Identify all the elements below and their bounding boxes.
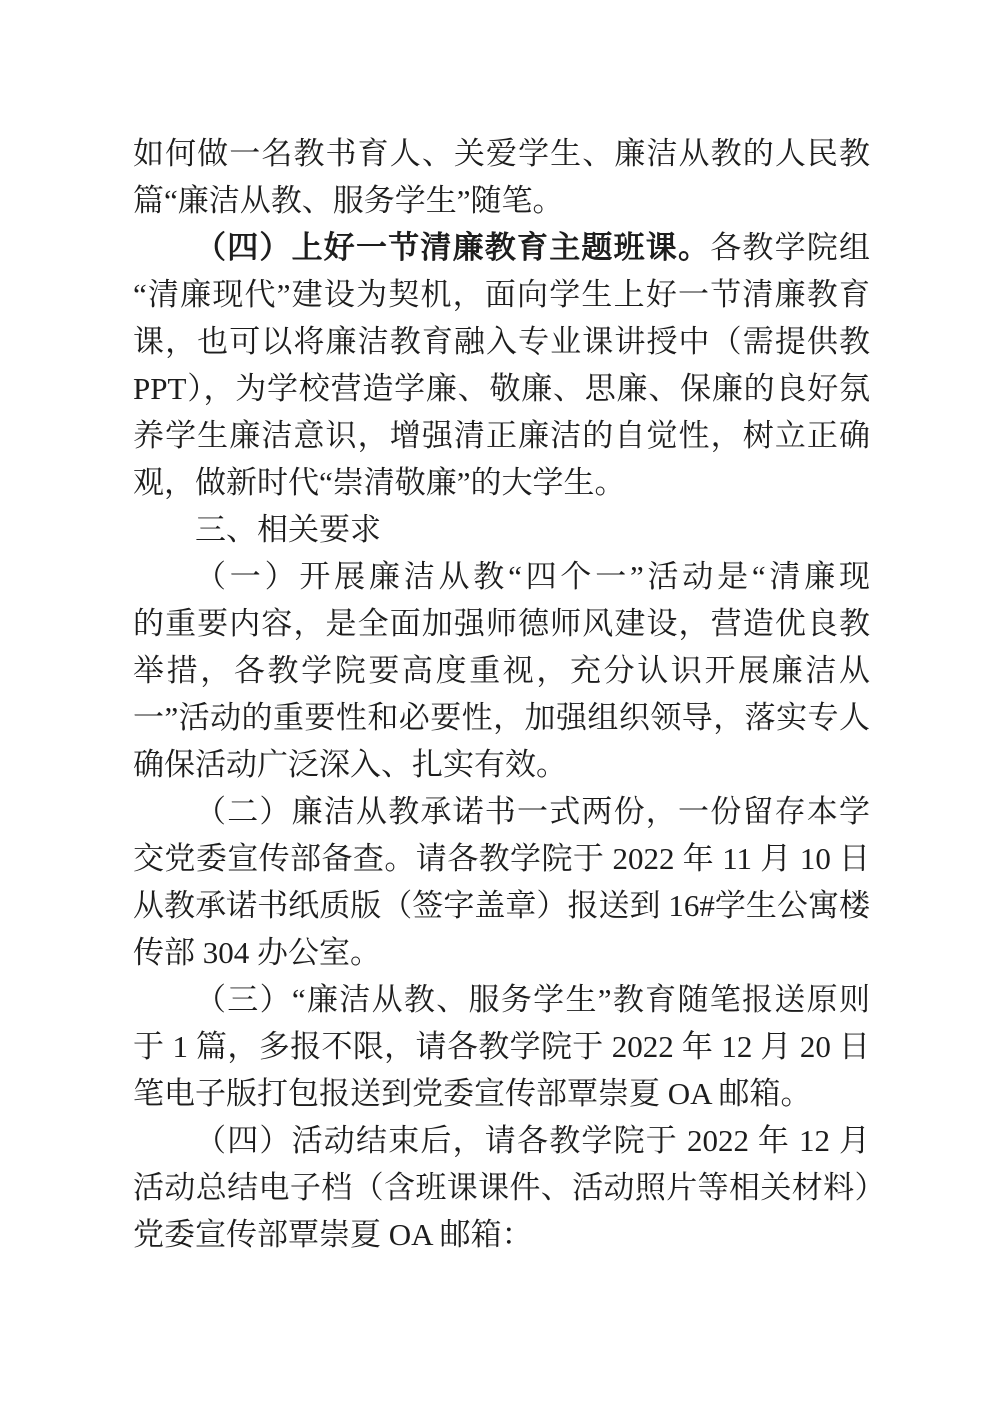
text-line: （四）上好一节清廉教育主题班课。各教学院组织教师以 [133, 224, 870, 271]
text-line: （一）开展廉洁从教“四个一”活动是“清廉现代”建设 [133, 553, 870, 600]
text-segment: 党委宣传部覃崇夏 OA 邮箱： [133, 1217, 533, 1252]
text-segment: 篇“廉洁从教、服务学生”随笔。 [133, 183, 564, 218]
text-line: 三、相关要求 [133, 506, 870, 553]
text-line: “清廉现代”建设为契机，面向学生上好一节清廉教育主题班 [133, 271, 870, 318]
text-line: （二）廉洁从教承诺书一式两份，一份留存本学院，一份 [133, 788, 870, 835]
text-segment: 观，做新时代“崇清敬廉”的大学生。 [133, 465, 626, 500]
text-line: 课，也可以将廉洁教育融入专业课讲授中（需提供教案或 [133, 318, 870, 365]
text-segment: 的重要内容，是全面加强师德师风建设，营造优良教风的重要 [133, 606, 870, 647]
text-line: 的重要内容，是全面加强师德师风建设，营造优良教风的重要 [133, 600, 870, 647]
text-line: 党委宣传部覃崇夏 OA 邮箱： [133, 1211, 870, 1258]
document-body: 如何做一名教书育人、关爱学生、廉洁从教的人民教师，写一篇“廉洁从教、服务学生”随… [133, 130, 870, 1258]
text-segment: （四）活动结束后，请各教学院于 2022 年 12 月 31 日前将 [133, 1123, 870, 1164]
text-segment: 确保活动广泛深入、扎实有效。 [133, 747, 567, 782]
text-line: 笔电子版打包报送到党委宣传部覃崇夏 OA 邮箱。 [133, 1070, 870, 1117]
text-line: 如何做一名教书育人、关爱学生、廉洁从教的人民教师，写一 [133, 130, 870, 177]
text-line: 举措，各教学院要高度重视，充分认识开展廉洁从教“四个 [133, 647, 870, 694]
text-segment: 于 1 篇，多报不限，请各教学院于 2022 年 12 月 20 日前，将随 [133, 1029, 870, 1070]
text-line: 传部 304 办公室。 [133, 929, 870, 976]
text-segment: PPT），为学校营造学廉、敬廉、思廉、保廉的良好氛围，培 [133, 371, 870, 412]
text-segment: 三、相关要求 [195, 512, 381, 547]
text-segment: 如何做一名教书育人、关爱学生、廉洁从教的人民教师，写一 [133, 136, 870, 177]
text-line: 于 1 篇，多报不限，请各教学院于 2022 年 12 月 20 日前，将随 [133, 1023, 870, 1070]
text-segment: 养学生廉洁意识，增强清正廉洁的自觉性，树立正确的道德 [133, 418, 870, 459]
text-line: 篇“廉洁从教、服务学生”随笔。 [133, 177, 870, 224]
text-line: 活动总结电子档（含班课课件、活动照片等相关材料）发送至 [133, 1164, 870, 1211]
document-page: 如何做一名教书育人、关爱学生、廉洁从教的人民教师，写一篇“廉洁从教、服务学生”随… [0, 0, 1000, 1414]
text-segment: （二）廉洁从教承诺书一式两份，一份留存本学院，一份 [133, 794, 870, 835]
text-line: PPT），为学校营造学廉、敬廉、思廉、保廉的良好氛围，培 [133, 365, 870, 412]
text-segment: （三）“廉洁从教、服务学生”教育随笔报送原则上不少 [133, 982, 870, 1023]
text-segment: 一”活动的重要性和必要性，加强组织领导，落实专人负责， [133, 700, 870, 741]
text-segment: 笔电子版打包报送到党委宣传部覃崇夏 OA 邮箱。 [133, 1076, 812, 1111]
text-segment: 从教承诺书纸质版（签字盖章）报送到 16#学生公寓楼党委宣 [133, 888, 870, 929]
text-line: （三）“廉洁从教、服务学生”教育随笔报送原则上不少 [133, 976, 870, 1023]
text-line: 观，做新时代“崇清敬廉”的大学生。 [133, 459, 870, 506]
text-segment: “清廉现代”建设为契机，面向学生上好一节清廉教育主题班 [133, 277, 870, 318]
text-segment: 课，也可以将廉洁教育融入专业课讲授中（需提供教案或 [133, 324, 870, 365]
text-segment: 活动总结电子档（含班课课件、活动照片等相关材料）发送至 [133, 1170, 870, 1211]
text-segment: 交党委宣传部备查。请各教学院于 2022 年 11 月 10 日前将廉洁 [133, 841, 870, 882]
text-segment: 传部 304 办公室。 [133, 935, 381, 970]
text-line: 养学生廉洁意识，增强清正廉洁的自觉性，树立正确的道德 [133, 412, 870, 459]
text-line: 一”活动的重要性和必要性，加强组织领导，落实专人负责， [133, 694, 870, 741]
text-segment: 举措，各教学院要高度重视，充分认识开展廉洁从教“四个 [133, 653, 870, 694]
text-segment: （一）开展廉洁从教“四个一”活动是“清廉现代”建设 [133, 559, 870, 600]
text-line: 从教承诺书纸质版（签字盖章）报送到 16#学生公寓楼党委宣 [133, 882, 870, 929]
text-line: （四）活动结束后，请各教学院于 2022 年 12 月 31 日前将 [133, 1117, 870, 1164]
text-line: 确保活动广泛深入、扎实有效。 [133, 741, 870, 788]
text-line: 交党委宣传部备查。请各教学院于 2022 年 11 月 10 日前将廉洁 [133, 835, 870, 882]
bold-text-segment: （四）上好一节清廉教育主题班课。 [195, 230, 710, 265]
